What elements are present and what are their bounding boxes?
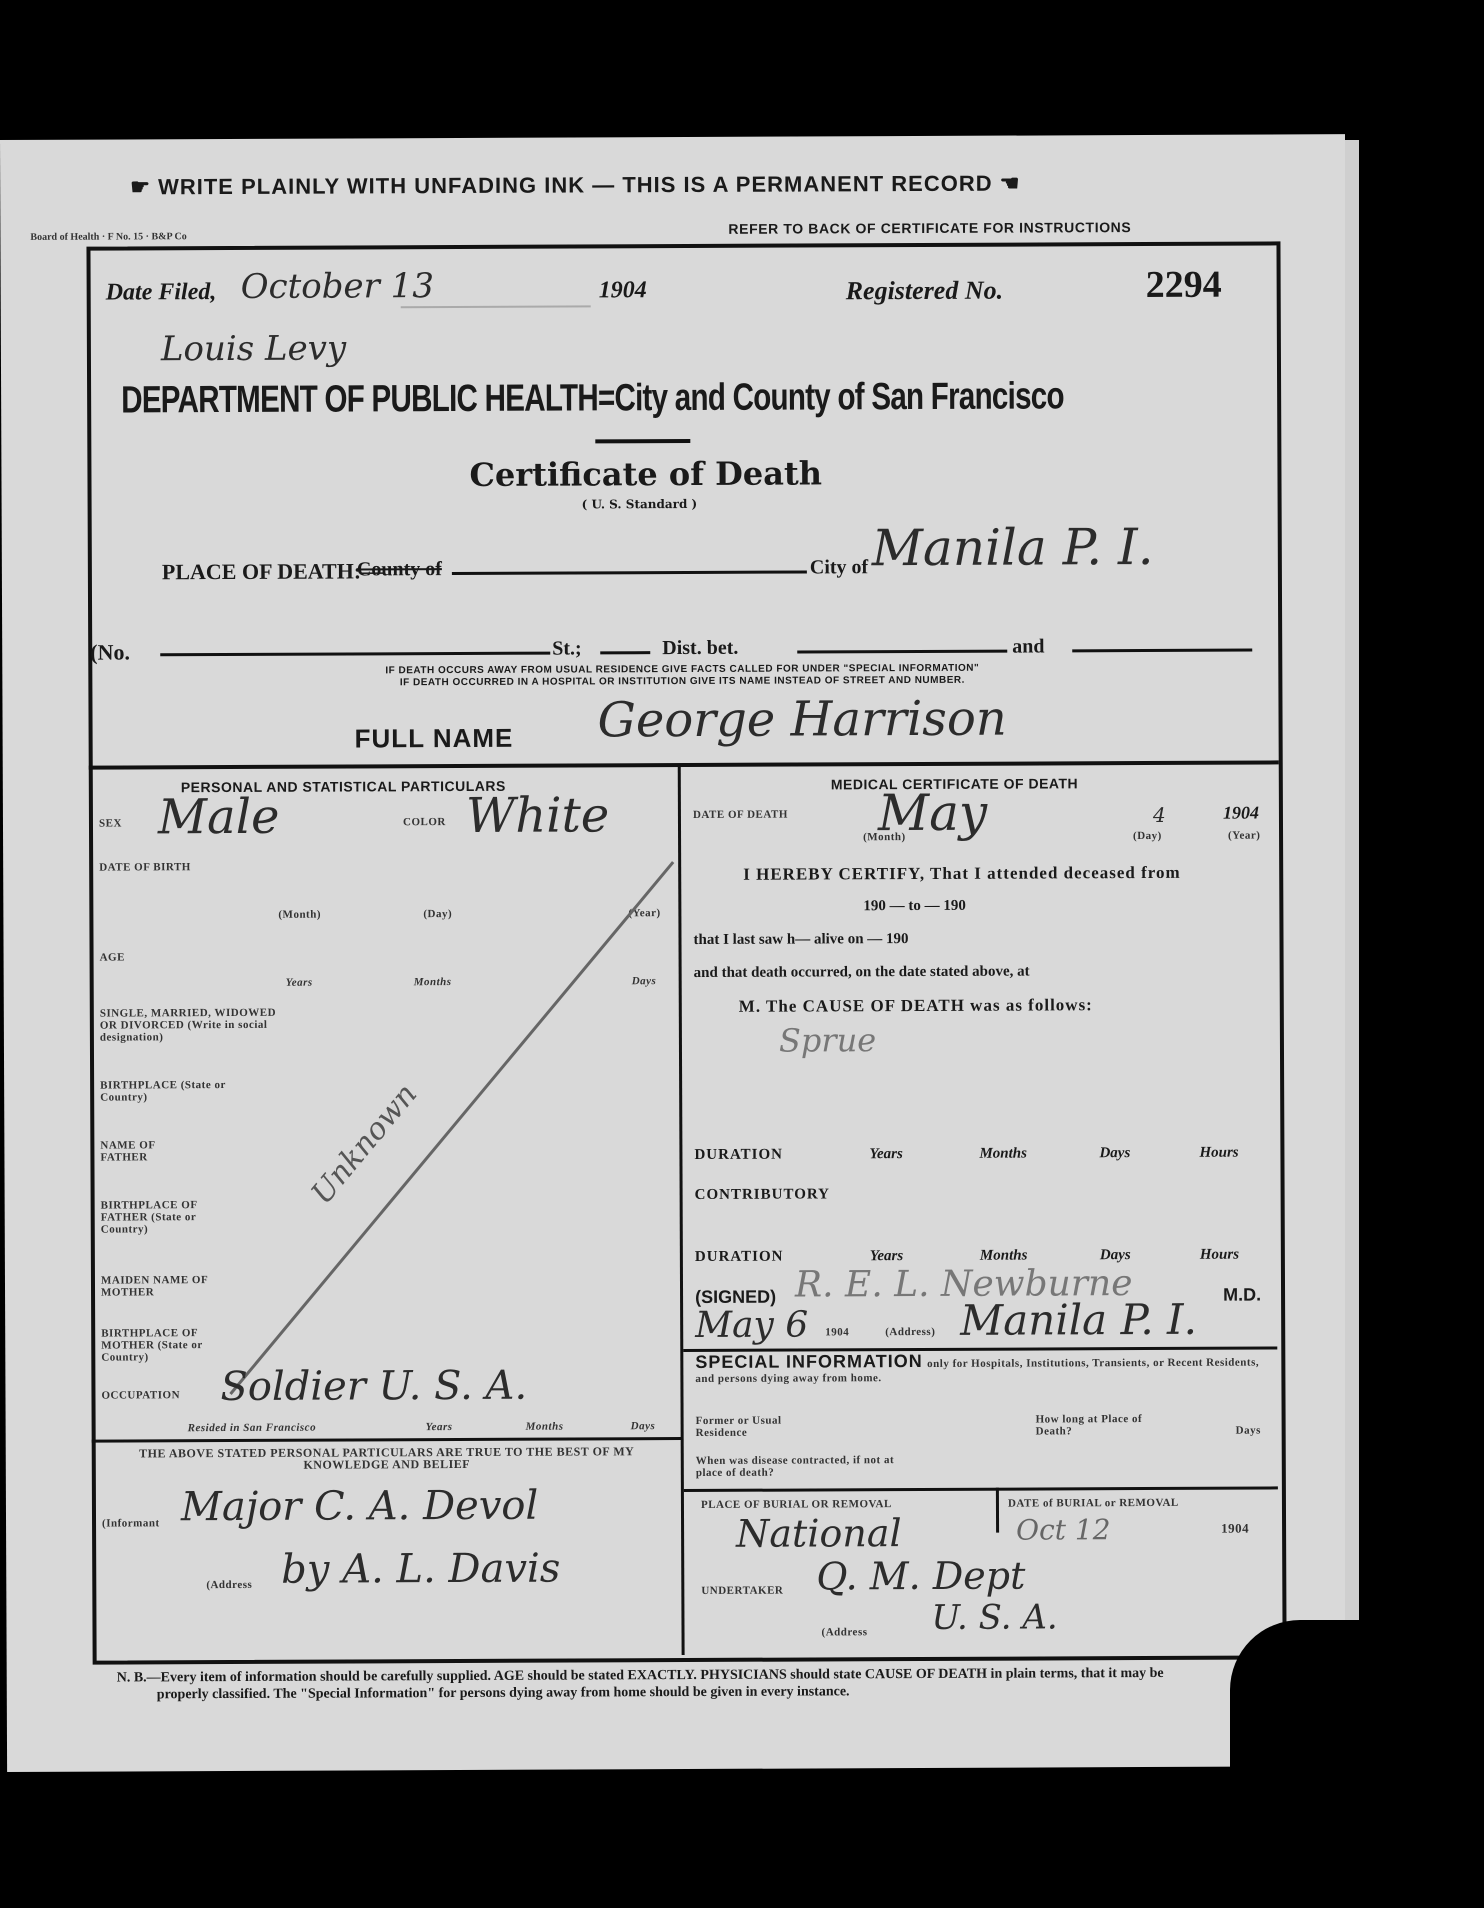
page-edge (1345, 140, 1359, 1680)
full-name-value: George Harrison (597, 691, 1006, 749)
burial-date-label: DATE of BURIAL or REMOVAL (1008, 1497, 1179, 1510)
how-long-label: How long at Place of Death? (1036, 1413, 1146, 1437)
informant-label: (Informant (102, 1517, 160, 1529)
occupation-value: Soldier U. S. A. (220, 1363, 527, 1410)
duration2-hours-label: Hours (1200, 1247, 1239, 1264)
duration2-years-label: Years (870, 1248, 903, 1265)
informant-address-label: (Address (206, 1579, 252, 1591)
dod-label: DATE OF DEATH (693, 809, 788, 821)
duration2-months-label: Months (980, 1248, 1028, 1265)
father-name-label: NAME OF FATHER (100, 1139, 190, 1163)
dod-month-label: (Month) (863, 831, 906, 843)
contributory-label: CONTRIBUTORY (695, 1186, 830, 1204)
from-to-line: 190 — to — 190 (863, 898, 966, 915)
residence-note: IF DEATH OCCURS AWAY FROM USUAL RESIDENC… (242, 662, 1122, 690)
signed-year: 1904 (825, 1326, 849, 1338)
cause-value: Sprue (779, 1021, 876, 1059)
how-long-days-label: Days (1236, 1425, 1261, 1437)
special-info-heading: SPECIAL INFORMATION only for Hospitals, … (695, 1352, 1265, 1384)
dod-year-label: (Year) (1228, 830, 1260, 842)
county-label: County of (357, 558, 442, 581)
top-banner: ☛ WRITE PLAINLY WITH UNFADING INK — THIS… (130, 171, 1020, 201)
color-label: COLOR (403, 816, 446, 828)
father-birthplace-label: BIRTHPLACE OF FATHER (State or Country) (101, 1199, 241, 1236)
duration-label: DURATION (694, 1147, 783, 1164)
last-saw-line: that I last saw h— alive on — 190 (693, 931, 908, 949)
md-label: M.D. (1223, 1285, 1261, 1306)
registrar-signature: Louis Levy (161, 328, 346, 369)
undertaker-value: Q. M. Dept (816, 1554, 1025, 1599)
street-label: St.; (552, 637, 582, 660)
contracted-label: When was disease contracted, if not at p… (696, 1454, 896, 1479)
duration-years-label: Years (869, 1146, 902, 1163)
dob-label: DATE OF BIRTH (99, 861, 191, 873)
dod-year: 1904 (1223, 803, 1259, 824)
date-filed-year: 1904 (599, 277, 647, 304)
resided-days-label: Days (631, 1420, 656, 1432)
mother-birthplace-label: BIRTHPLACE OF MOTHER (State or Country) (101, 1327, 241, 1364)
burial-place-label: PLACE OF BURIAL OR REMOVAL (701, 1498, 892, 1511)
district-label: Dist. bet. (662, 637, 738, 660)
birthplace-label: BIRTHPLACE (State or Country) (100, 1079, 240, 1104)
occupation-label: OCCUPATION (101, 1389, 180, 1401)
mother-name-label: MAIDEN NAME OF MOTHER (101, 1274, 241, 1299)
place-of-death-label: PLACE OF DEATH:— (162, 558, 383, 585)
age-label: AGE (100, 951, 125, 963)
certificate-subtitle: ( U. S. Standard ) (582, 497, 698, 512)
scan-corner-shadow (1230, 1620, 1484, 1800)
physician-address-label: (Address) (885, 1326, 935, 1338)
informant-value: Major C. A. Devol (181, 1483, 538, 1531)
certificate-title: Certificate of Death (469, 454, 822, 494)
dod-day: 4 (1153, 803, 1166, 827)
city-value: Manila P. I. (872, 518, 1154, 577)
diagonal-strike-line (223, 857, 685, 1399)
duration2-label: DURATION (695, 1249, 784, 1266)
undertaker-address-value: U. S. A. (931, 1597, 1057, 1638)
full-name-label: FULL NAME (355, 723, 514, 755)
burial-place-value: National (736, 1511, 902, 1556)
certificate-page: ☛ WRITE PLAINLY WITH UNFADING INK — THIS… (0, 134, 1352, 1772)
undertaker-label: UNDERTAKER (701, 1585, 783, 1597)
resided-label: Resided in San Francisco (188, 1422, 316, 1435)
date-filed-value: October 13 (241, 266, 434, 307)
special-info-title: SPECIAL INFORMATION (695, 1351, 922, 1372)
attest-label: THE ABOVE STATED PERSONAL PARTICULARS AR… (102, 1445, 672, 1471)
duration-days-label: Days (1099, 1145, 1130, 1162)
color-value: White (466, 787, 610, 844)
certify-line: I HEREBY CERTIFY, That I attended deceas… (743, 863, 1181, 885)
occurred-line: and that death occurred, on the date sta… (694, 964, 1030, 982)
undertaker-address-label: (Address (821, 1626, 867, 1638)
registered-number: 2294 (1146, 263, 1222, 307)
duration-hours-label: Hours (1199, 1145, 1238, 1162)
residence-label: Former or Usual Residence (696, 1414, 806, 1438)
duration2-days-label: Days (1100, 1247, 1131, 1264)
resided-years-label: Years (426, 1421, 453, 1433)
refer-line: REFER TO BACK OF CERTIFICATE FOR INSTRUC… (728, 219, 1131, 237)
informant-address-value: by A. L. Davis (281, 1546, 560, 1593)
burial-date-year: 1904 (1221, 1523, 1249, 1535)
cause-line: M. The CAUSE OF DEATH was as follows: (739, 995, 1093, 1017)
sex-label: SEX (99, 817, 122, 829)
physician-address-value: Manila P. I. (960, 1295, 1197, 1345)
board-line: Board of Health · F No. 15 · B&P Co (30, 231, 186, 243)
registered-label: Registered No. (846, 276, 1004, 307)
burial-date-value: Oct 12 (1016, 1513, 1111, 1546)
pointing-hand-icon: ☛ (130, 174, 151, 200)
street-no-label: (No. (90, 639, 130, 665)
pointing-hand-left-icon: ☚ (1000, 171, 1021, 197)
signed-date: May 6 (695, 1304, 808, 1345)
sex-value: Male (158, 789, 280, 846)
duration-months-label: Months (979, 1146, 1027, 1163)
department-title: DEPARTMENT OF PUBLIC HEALTH=City and Cou… (121, 375, 1064, 422)
city-label: City of (810, 556, 868, 579)
resided-months-label: Months (526, 1421, 564, 1433)
and-label: and (1012, 635, 1044, 658)
dod-day-label: (Day) (1133, 830, 1162, 842)
footnote: N. B.—Every item of information should b… (117, 1665, 1217, 1704)
banner-text: WRITE PLAINLY WITH UNFADING INK — THIS I… (158, 171, 993, 200)
date-filed-label: Date Filed, (106, 279, 217, 306)
